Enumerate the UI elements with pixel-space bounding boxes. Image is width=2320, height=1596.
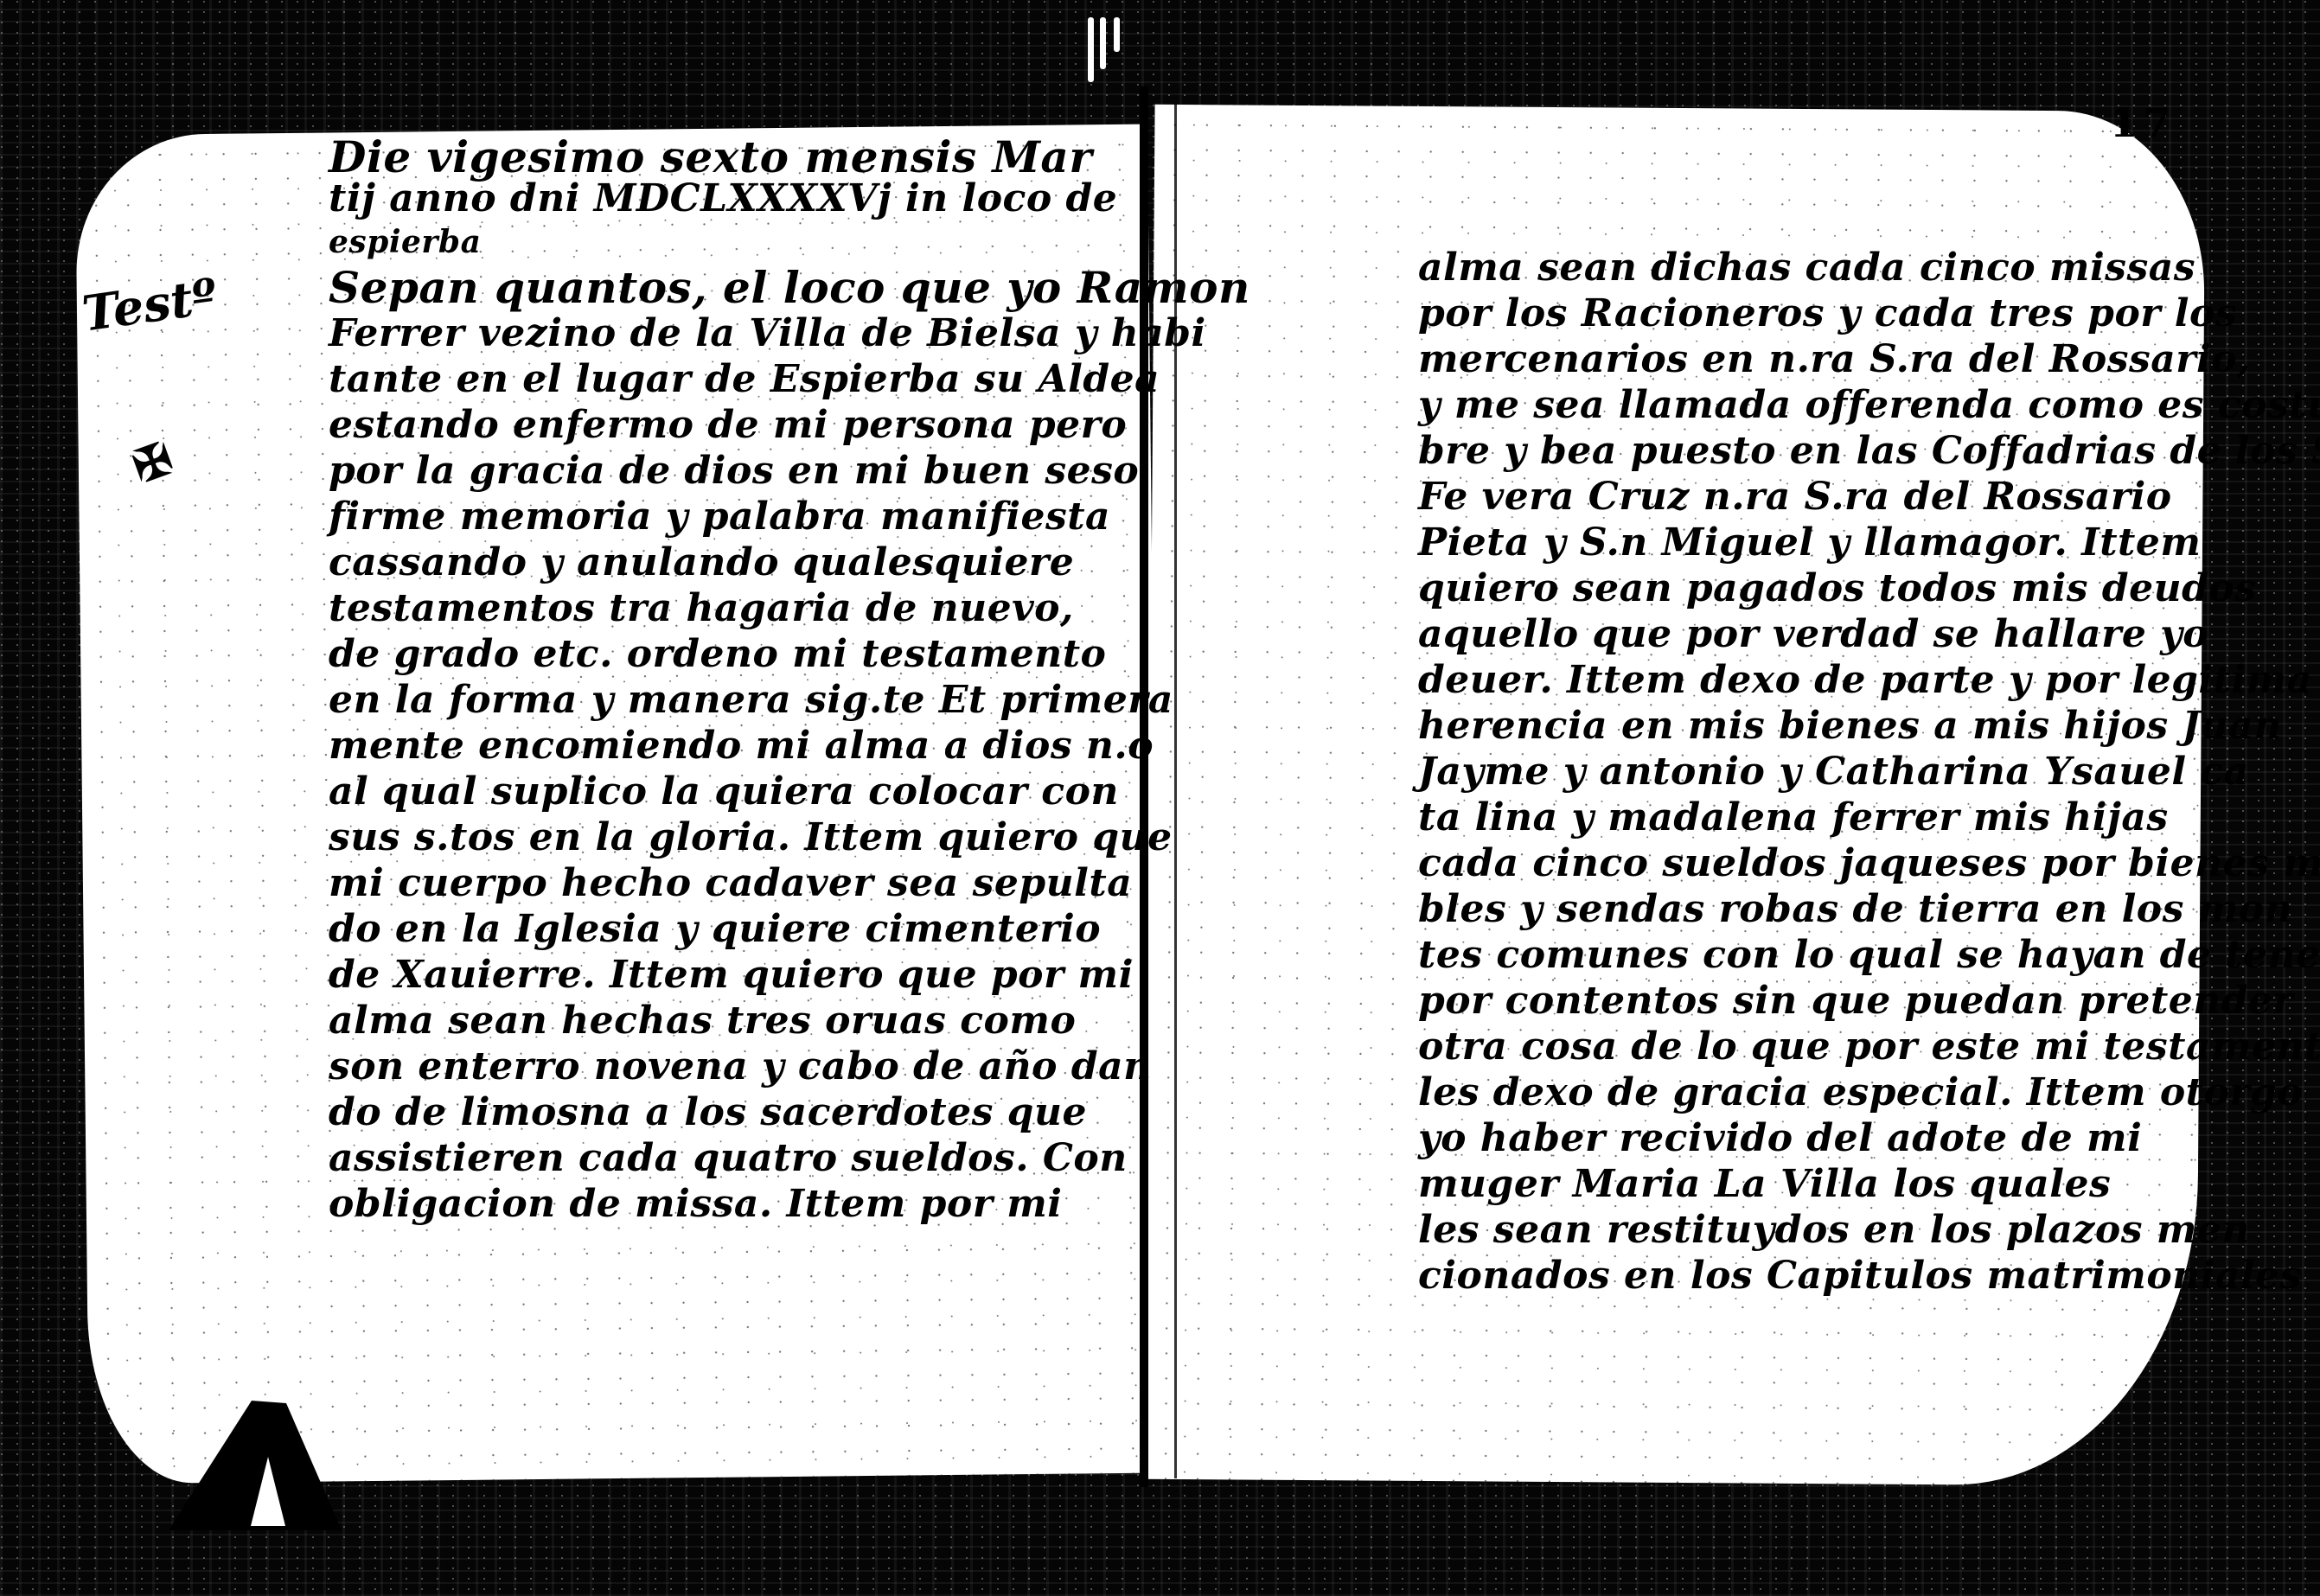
text-line: firme memoria y palabra manifiesta [329,494,1141,539]
text-line: de grado etc. ordeno mi testamento [329,631,1141,677]
text-line: testamentos tra hagaria de nuevo, [329,585,1141,631]
text-line: bles y sendas robas de tierra en los mon [1418,886,2214,932]
text-line: por la gracia de dios en mi buen seso [329,448,1141,494]
text-line: bre y bea puesto en las Coffadrias de lo… [1418,428,2214,474]
text-line: Die vigesimo sexto mensis Mar [329,137,1141,178]
text-line: espierba [329,220,1141,265]
text-line: cassando y anulando qualesquiere [329,539,1141,585]
text-line: assistieren cada quatro sueldos. Con [329,1135,1141,1181]
text-line: yo haber recivido del adote de mi [1418,1115,2214,1161]
text-line: por los Racioneros y cada tres por los [1418,290,2214,336]
text-line: mercenarios en n.ra S.ra del Rossario, [1418,336,2214,382]
text-line: Jayme y antonio y Catharina Ysauel ca [1418,749,2214,795]
text-line: alma sean dichas cada cinco missas [1418,245,2214,290]
text-line: tes comunes con lo qual se hayan de tene… [1418,932,2214,978]
text-line: Ferrer vezino de la Villa de Bielsa y ha… [329,310,1141,356]
text-line: mente encomiendo mi alma a dios n.o [329,723,1141,769]
text-line: otra cosa de lo que por este mi testamen… [1418,1024,2214,1069]
text-line: Sepan quantos, el loco que yo Ramon [329,265,1141,310]
text-line: tante en el lugar de Espierba su Aldea [329,356,1141,402]
text-line: obligacion de missa. Ittem por mi [329,1181,1141,1227]
right-page-text: alma sean dichas cada cinco missas por l… [1418,245,2214,1299]
text-line: quiero sean pagados todos mis deudos [1418,565,2214,611]
text-line: ta lina y madalena ferrer mis hijas [1418,795,2214,840]
text-line: deuer. Ittem dexo de parte y por legitim… [1418,657,2214,703]
text-line: tij anno dni MDCLXXXXVj in loco de [329,178,1141,220]
text-line: herencia en mis bienes a mis hijos Juan [1418,703,2214,749]
text-line: do de limosna a los sacerdotes que [329,1089,1141,1135]
text-line: estando enfermo de mi persona pero [329,402,1141,448]
text-line: en la forma y manera sig.te Et primera [329,677,1141,723]
left-page-text: Die vigesimo sexto mensis Mar tij anno d… [329,137,1141,1227]
text-line: cada cinco sueldos jaqueses por bienes m… [1418,840,2214,886]
text-line: les dexo de gracia especial. Ittem otorg… [1418,1069,2214,1115]
text-line: son enterro novena y cabo de año dan [329,1044,1141,1089]
text-line: y me sea llamada offerenda como es costu… [1418,382,2214,428]
text-line: de Xauierre. Ittem quiero que por mi [329,952,1141,998]
folio-number: 17 [2110,99,2176,146]
text-line: les sean restituydos en los plazos men [1418,1207,2214,1253]
text-line: Pieta y S.n Miguel y llamagor. Ittem [1418,520,2214,565]
text-line: mi cuerpo hecho cadaver sea sepulta [329,860,1141,906]
text-line: sus s.tos en la gloria. Ittem quiero que [329,814,1141,860]
text-line: alma sean hechas tres oruas como [329,998,1141,1044]
text-line: aquello que por verdad se hallare yo [1418,611,2214,657]
text-line: do en la Iglesia y quiere cimenterio [329,906,1141,952]
text-line: cionados en los Capitulos matrimoniales [1418,1253,2214,1299]
text-line: al qual suplico la quiera colocar con [329,769,1141,814]
text-line: Fe vera Cruz n.ra S.ra del Rossario [1418,474,2214,520]
text-line: por contentos sin que puedan pretender [1418,978,2214,1024]
binding-threads [1081,0,1133,86]
text-line: muger Maria La Villa los quales [1418,1161,2214,1207]
